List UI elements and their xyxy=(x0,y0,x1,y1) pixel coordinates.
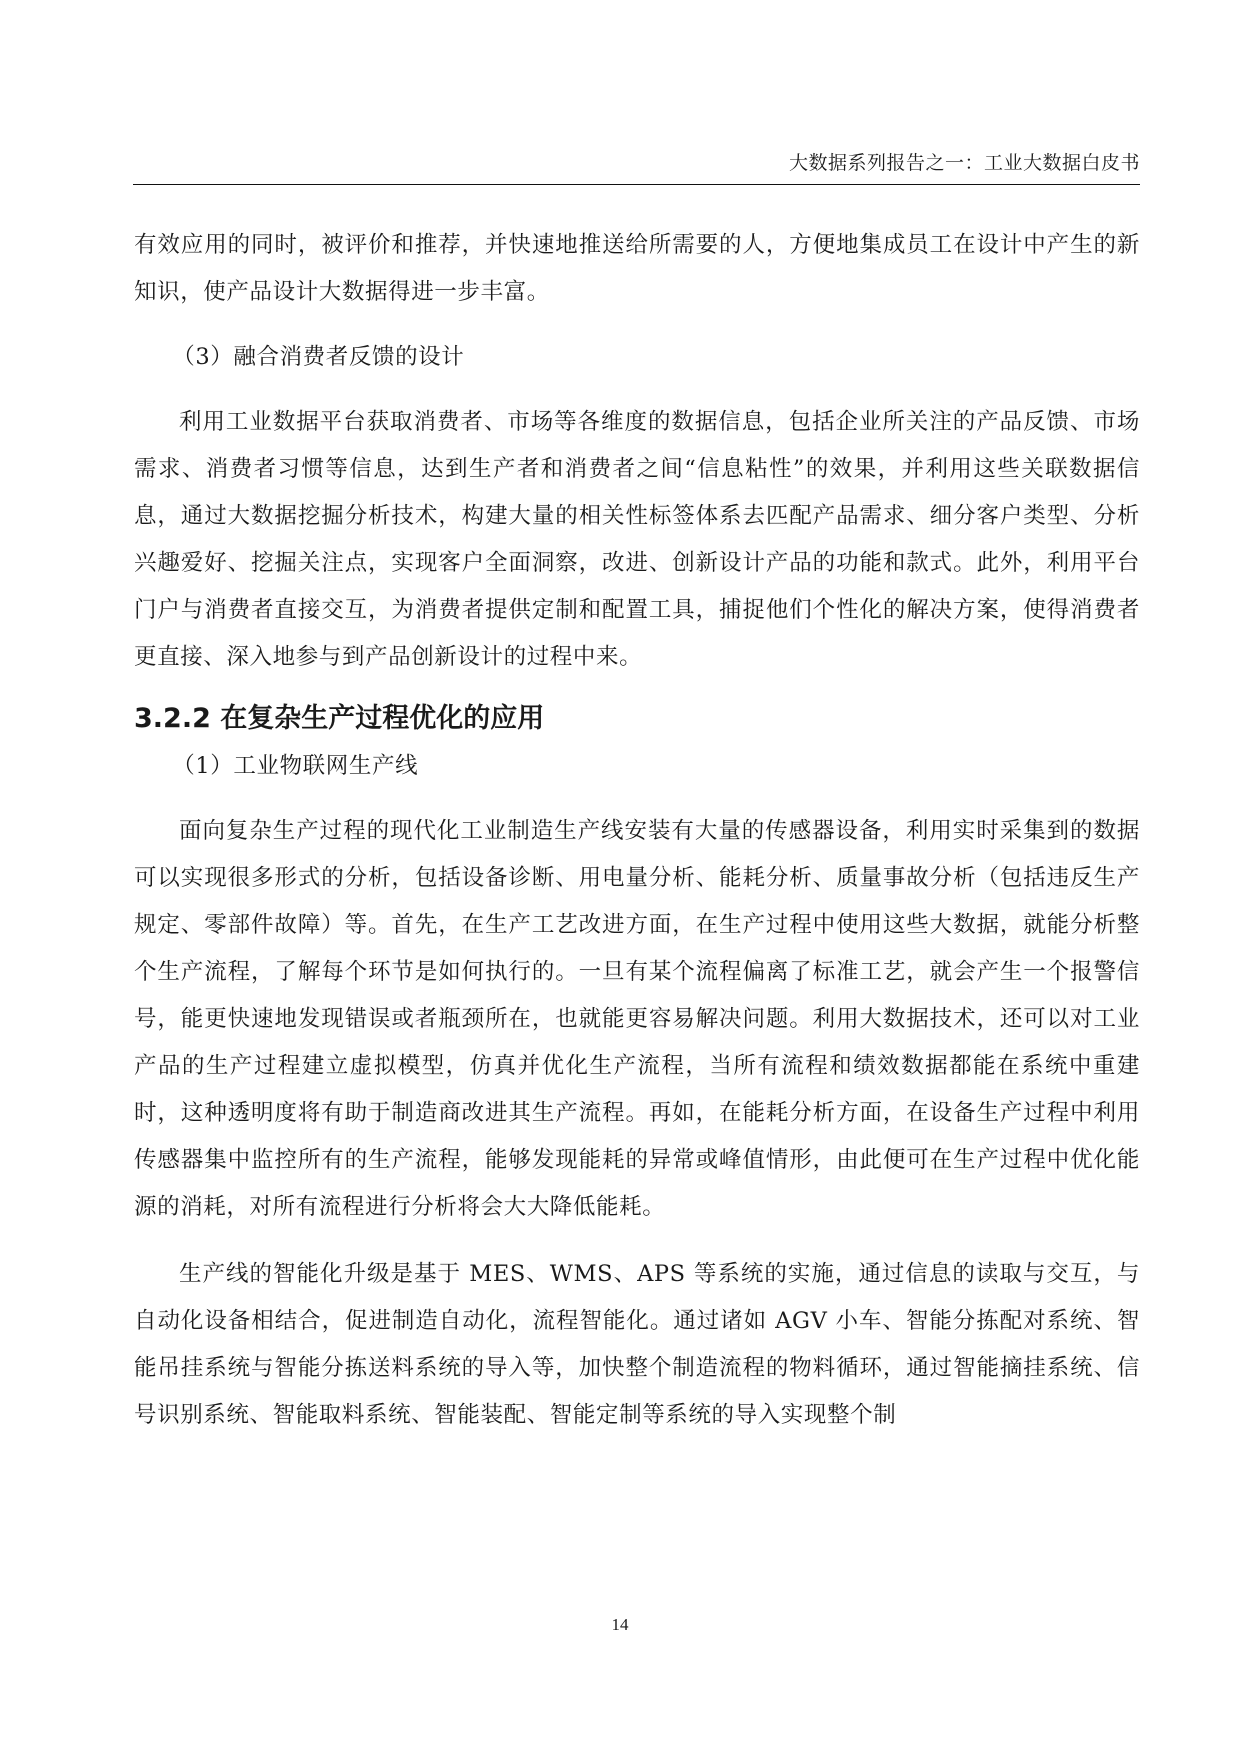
subheading-consumer-feedback-design: （3）融合消费者反馈的设计 xyxy=(134,334,1140,381)
running-header: 大数据系列报告之一：工业大数据白皮书 xyxy=(133,148,1140,185)
running-header-title: 大数据系列报告之一：工业大数据白皮书 xyxy=(789,152,1140,174)
paragraph-smart-upgrade: 生产线的智能化升级是基于 MES、WMS、APS 等系统的实施，通过信息的读取与… xyxy=(134,1251,1140,1439)
paragraph-continued: 有效应用的同时，被评价和推荐，并快速地推送给所需要的人，方便地集成员工在设计中产… xyxy=(134,222,1140,316)
paragraph-consumer-feedback: 利用工业数据平台获取消费者、市场等各维度的数据信息，包括企业所关注的产品反馈、市… xyxy=(134,399,1140,681)
paragraph-iot-production-line: 面向复杂生产过程的现代化工业制造生产线安装有大量的传感器设备，利用实时采集到的数… xyxy=(134,808,1140,1231)
subheading-iot-production-line: （1）工业物联网生产线 xyxy=(134,743,1140,790)
section-heading-3-2-2: 3.2.2 在复杂生产过程优化的应用 xyxy=(134,695,1140,743)
page-body: 有效应用的同时，被评价和推荐，并快速地推送给所需要的人，方便地集成员工在设计中产… xyxy=(134,222,1140,1439)
page-number: 14 xyxy=(0,1615,1240,1635)
